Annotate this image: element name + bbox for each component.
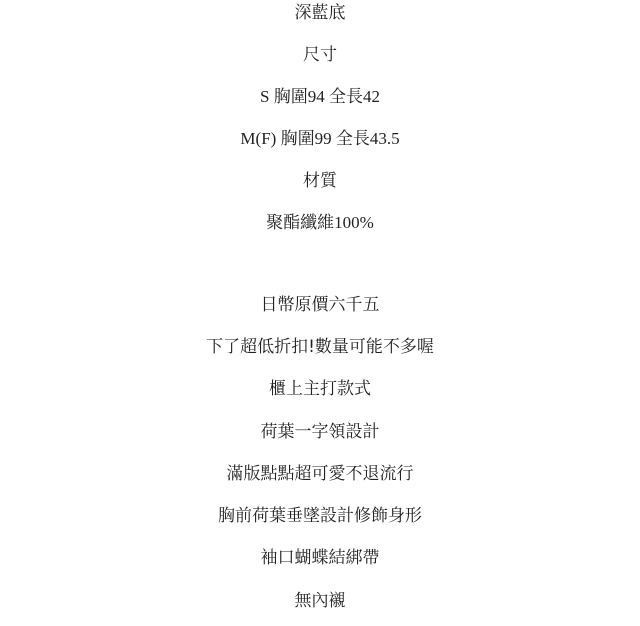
size-m-text: M(F) 胸圍99 全長43.5: [0, 129, 640, 149]
description-line: 無內襯: [0, 591, 640, 611]
description-line: 下了超低折扣!數量可能不多喔: [0, 337, 640, 357]
description-line: 日幣原價六千五: [0, 295, 640, 315]
material-heading: 材質: [0, 171, 640, 191]
color-text: 深藍底: [0, 3, 640, 23]
description-line: 滿版點點超可愛不退流行: [0, 464, 640, 484]
description-line: 櫃上主打款式: [0, 379, 640, 399]
description-line: 荷葉一字領設計: [0, 422, 640, 442]
size-s-text: S 胸圍94 全長42: [0, 87, 640, 107]
description-line: 袖口蝴蝶結綁帶: [0, 548, 640, 568]
size-heading: 尺寸: [0, 45, 640, 65]
material-text: 聚酯纖維100%: [0, 213, 640, 233]
description-line: 胸前荷葉垂墜設計修飾身形: [0, 506, 640, 526]
